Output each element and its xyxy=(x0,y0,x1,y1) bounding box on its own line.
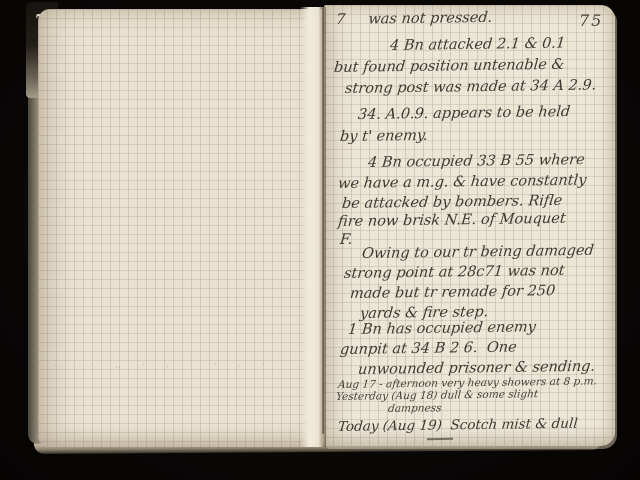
handwritten-line: but found position untenable & xyxy=(333,57,565,76)
handwritten-line: Today (Aug 19) Scotch mist & dull xyxy=(337,416,578,435)
handwritten-line: we have a m.g. & have constantly xyxy=(337,173,587,192)
left-page: · ·· ‥ · . ˙ · . · xyxy=(38,9,322,447)
handwritten-line: strong point at 28c71 was not xyxy=(343,263,565,282)
handwritten-line-small: dampness xyxy=(387,402,442,415)
right-page: 75 7 was not pressed. 4 Bn attacked 2.1 … xyxy=(324,5,615,446)
handwritten-line: gunpit at 34 B 2 6. One xyxy=(339,340,517,358)
handwritten-line: 1 Bn has occupied enemy xyxy=(347,319,536,338)
photo-background: 7 · ·· ‥ · . ˙ · . · 75 7 was not presse… xyxy=(0,0,640,480)
handwritten-line: 4 Bn occupied 33 B 55 where xyxy=(367,152,585,171)
handwritten-line: strong post was made at 34 A 2.9. xyxy=(344,77,597,97)
faint-ink-marks: · ·· ‥ · . ˙ · . · xyxy=(54,358,308,371)
handwritten-line: 7 was not pressed. xyxy=(335,10,493,28)
handwritten-line: 34. A.0.9. appears to be held xyxy=(357,104,571,123)
handwritten-line: 4 Bn attacked 2.1 & 0.1 xyxy=(389,36,566,54)
handwritten-line: Owing to our tr being damaged xyxy=(361,243,594,262)
underline-mark xyxy=(427,438,453,440)
handwritten-line: fire now brisk N.E. of Mouquet xyxy=(337,211,566,230)
handwritten-line: be attacked by bombers. Rifle xyxy=(341,193,563,212)
handwritten-line: made but tr remade for 250 xyxy=(349,283,556,302)
handwritten-line: F. xyxy=(339,232,353,248)
handwritten-line-small: Yesterday (Aug 18) dull & some slight xyxy=(335,388,538,403)
page-number: 75 xyxy=(579,11,603,30)
handwritten-line: by t' enemy. xyxy=(339,128,428,145)
